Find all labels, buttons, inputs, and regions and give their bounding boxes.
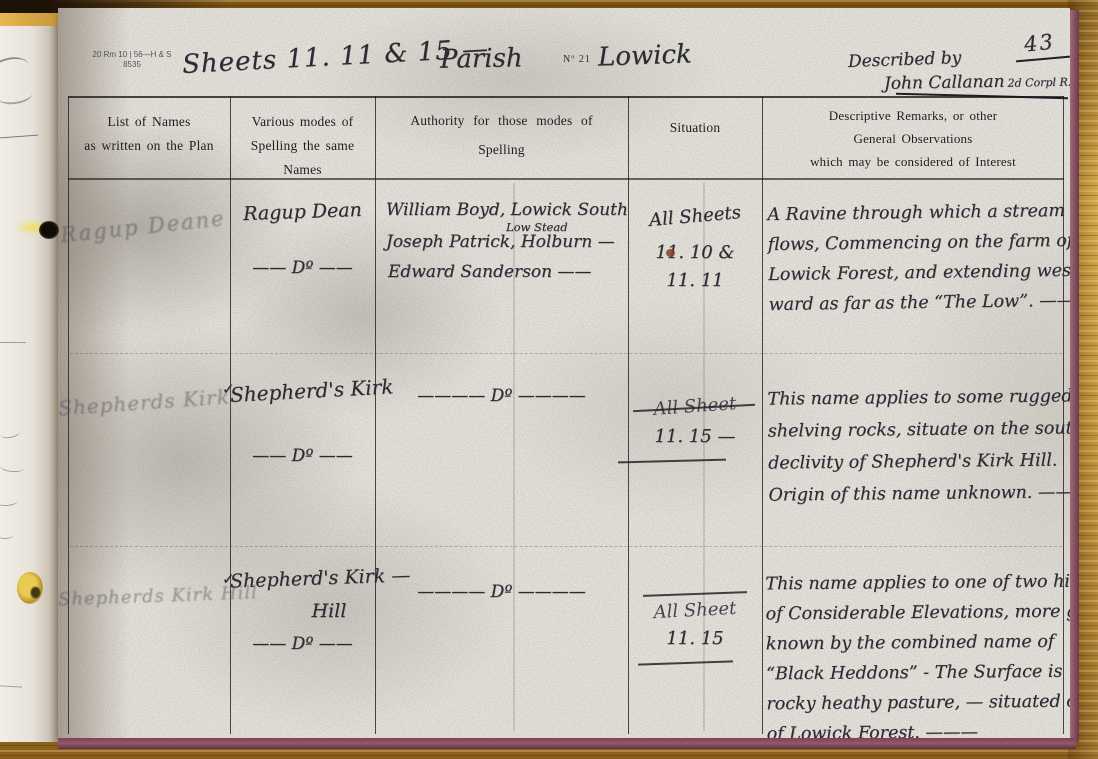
- page-number: 43: [1023, 29, 1056, 56]
- spelling-ditto-row1: —— Dº ——: [230, 258, 375, 278]
- page-edge-bottom: [58, 738, 1076, 749]
- parish-label: Parish: [440, 43, 523, 74]
- faded-rule-fragment: [0, 135, 38, 139]
- table-header-rule: [68, 178, 1064, 180]
- table-vertical-rule: [375, 96, 376, 734]
- situation-row2-line2: 11. 15 —: [628, 426, 762, 447]
- ink-blot: [666, 249, 675, 257]
- authority-ditto-row2: ———— Dº ————: [375, 386, 628, 406]
- surveyor-signature: John Callanan2d Corpl R.S.M.: [884, 70, 1070, 94]
- remarks-row3: This name applies to one of two hills. o…: [765, 567, 1069, 738]
- signature-rank: 2d Corpl R.S.M.: [1007, 75, 1070, 90]
- situation-row3-line2: 11. 15: [628, 628, 762, 649]
- faded-writing-fragment: [0, 461, 24, 473]
- faded-rule-fragment: [0, 685, 22, 687]
- signature-name: John Callanan: [884, 72, 1005, 94]
- column-header-remarks: Descriptive Remarks, or other General Ob…: [762, 104, 1064, 173]
- faded-writing-fragment: [0, 86, 33, 107]
- spelling-ditto-row2: —— Dº ——: [230, 446, 375, 466]
- spelling-ditto-row3: —— Dº ——: [230, 634, 375, 654]
- faded-writing-fragment: [0, 53, 33, 90]
- described-by-label: Described by: [848, 48, 962, 72]
- remarks-row1: A Ravine through which a stream flows, C…: [767, 196, 1069, 320]
- authority-row1-line1: William Boyd, Lowick South: [386, 200, 628, 220]
- situation-row1-line2: 11. 10 &: [628, 242, 762, 263]
- table-vertical-rule: [762, 96, 763, 734]
- row-separator: [70, 546, 1062, 547]
- faded-writing-fragment: [0, 426, 21, 439]
- faded-rule-fragment: [0, 342, 26, 343]
- punch-hole-bottom-shadow: [30, 586, 41, 599]
- parish-name: Lowick: [598, 39, 693, 72]
- column-header-situation: Situation: [628, 120, 762, 136]
- faded-writing-fragment: [0, 495, 18, 507]
- punch-hole-top: [39, 221, 59, 239]
- situation-row1-line3: 11. 11: [628, 270, 762, 291]
- printer-stamp: 20 Rm 10 | 56—H & S 8535: [72, 50, 192, 70]
- authority-row1-line3: Edward Sanderson ——: [388, 262, 592, 282]
- previous-page-edge: [0, 26, 60, 742]
- column-header-authority: Authority for those modes of Spelling: [375, 106, 628, 164]
- table-top-rule: [68, 96, 1064, 98]
- authority-row1-line2: Joseph Patrick, Holburn —: [386, 232, 615, 252]
- page-edge-right: [1070, 10, 1079, 742]
- remarks-row2: This name applies to some rugged shelvin…: [767, 380, 1068, 511]
- spelling-row3-line2: Hill: [230, 600, 380, 622]
- faded-writing-fragment: [0, 530, 14, 539]
- parish-number-stamp: Nº 21: [563, 54, 591, 65]
- row-separator: [70, 353, 1062, 354]
- column-header-names: List of Names as written on the Plan: [68, 110, 230, 158]
- scanned-name-book: 20 Rm 10 | 56—H & S 8535 Sheets 11. 11 &…: [0, 0, 1098, 759]
- authority-ditto-row3: ———— Dº ————: [375, 582, 628, 602]
- register-page: 20 Rm 10 | 56—H & S 8535 Sheets 11. 11 &…: [58, 8, 1070, 738]
- column-header-spelling: Various modes of Spelling the same Names: [230, 110, 375, 182]
